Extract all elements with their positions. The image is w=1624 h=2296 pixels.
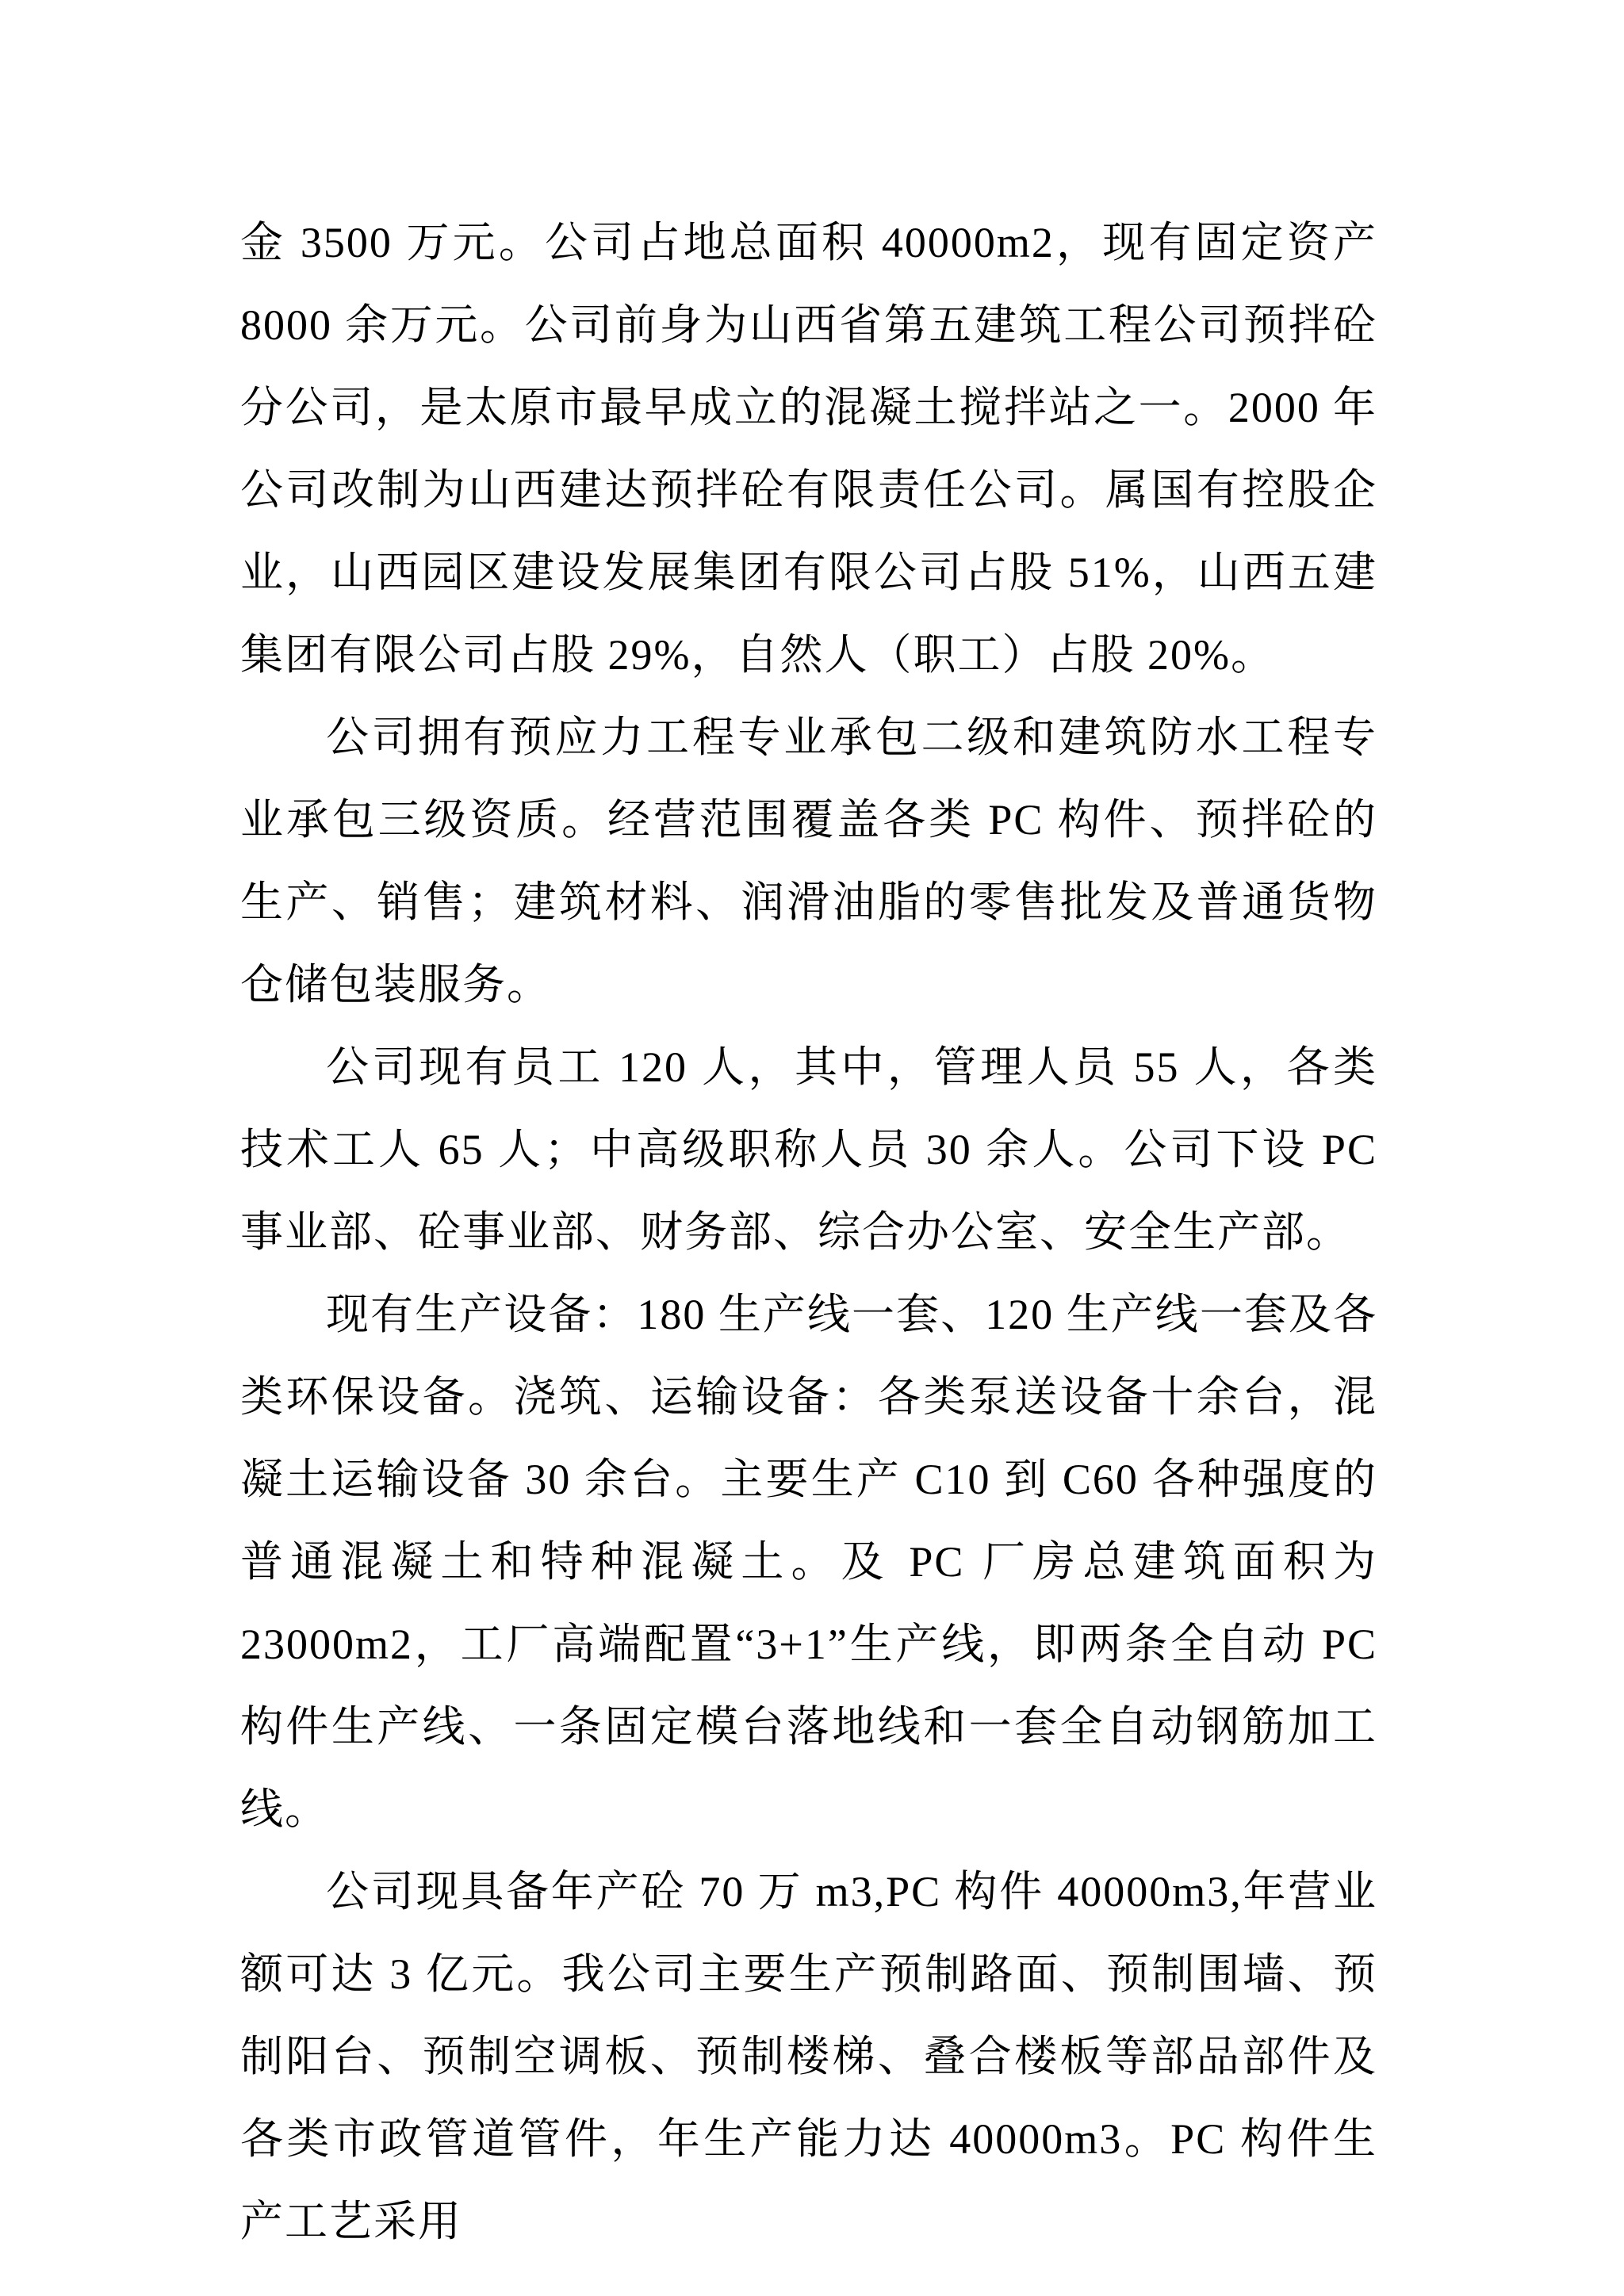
document-page: 金 3500 万元。公司占地总面积 40000m2，现有固定资产 8000 余万… bbox=[0, 0, 1624, 2296]
paragraph-production-equipment: 现有生产设备：180 生产线一套、120 生产线一套及各类环保设备。浇筑、运输设… bbox=[240, 1273, 1377, 1850]
document-text-body: 金 3500 万元。公司占地总面积 40000m2，现有固定资产 8000 余万… bbox=[240, 201, 1377, 2263]
paragraph-annual-capacity-products: 公司现具备年产砼 70 万 m3,PC 构件 40000m3,年营业额可达 3 … bbox=[240, 1850, 1377, 2263]
paragraph-staff-departments: 公司现有员工 120 人，其中，管理人员 55 人，各类技术工人 65 人；中高… bbox=[240, 1026, 1377, 1273]
paragraph-qualifications-scope: 公司拥有预应力工程专业承包二级和建筑防水工程专业承包三级资质。经营范围覆盖各类 … bbox=[240, 696, 1377, 1026]
paragraph-company-overview-continued: 金 3500 万元。公司占地总面积 40000m2，现有固定资产 8000 余万… bbox=[240, 201, 1377, 696]
